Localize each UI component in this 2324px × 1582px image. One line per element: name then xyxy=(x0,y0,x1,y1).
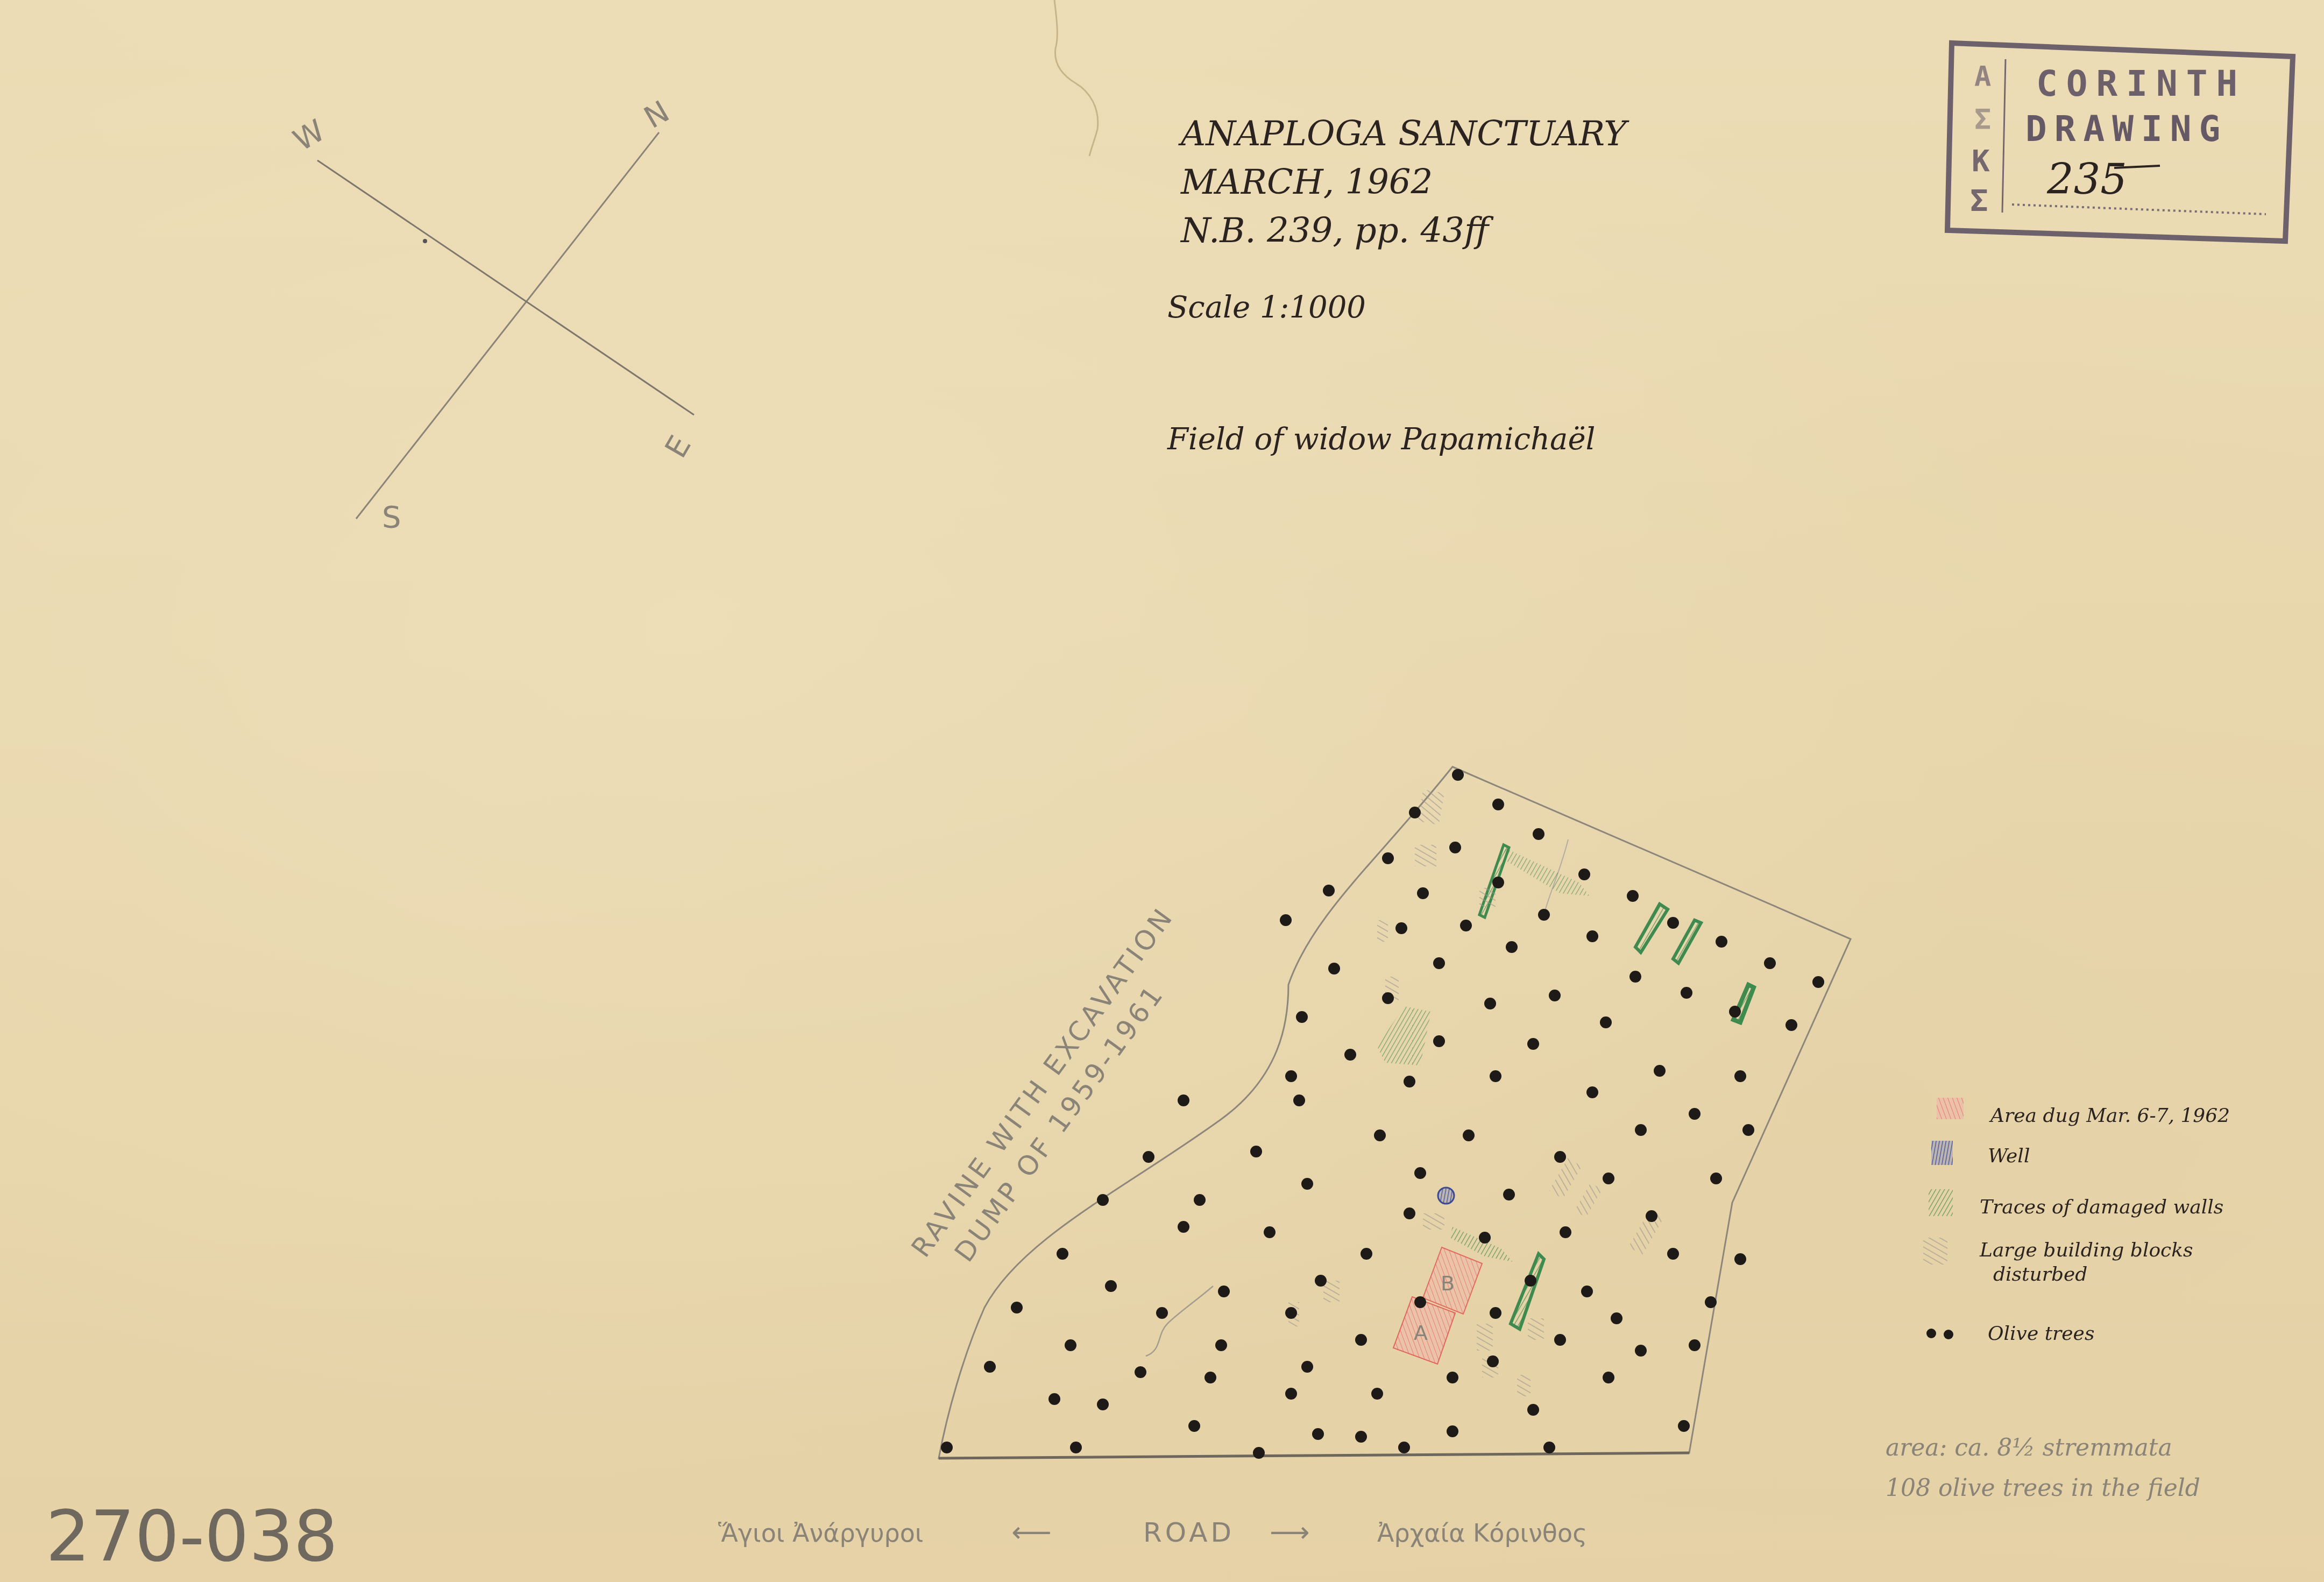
olive-tree-dot xyxy=(1578,868,1590,880)
olive-tree-dot xyxy=(1603,1173,1614,1184)
olive-tree-dot xyxy=(1065,1339,1076,1351)
olive-tree-dot xyxy=(1503,1189,1515,1200)
olive-tree-dot xyxy=(1374,1129,1386,1141)
olive-tree-dot xyxy=(1296,1011,1308,1023)
olive-tree-dot xyxy=(1627,890,1639,902)
olive-tree-dot xyxy=(1414,1167,1426,1179)
olive-tree-dot xyxy=(1586,930,1598,942)
olive-tree-dot xyxy=(1538,909,1550,921)
legend-swatch-area-dug xyxy=(1937,1098,1964,1119)
olive-tree-dot xyxy=(1447,1425,1458,1437)
compass-east-label: E xyxy=(658,430,698,464)
olive-tree-dot xyxy=(1417,887,1429,899)
olive-tree-dot xyxy=(1433,957,1445,969)
olive-tree-dot xyxy=(1323,885,1335,896)
olive-tree-dot xyxy=(1581,1286,1593,1297)
legend-swatch-tree-1 xyxy=(1926,1329,1936,1338)
olive-tree-dot xyxy=(1586,1086,1598,1098)
olive-tree-dot xyxy=(1506,941,1518,953)
olive-tree-dot xyxy=(1328,963,1340,974)
compass-north-south-axis xyxy=(356,132,659,519)
stamp-line-corinth: CORINTH xyxy=(2036,63,2246,104)
stamp-side-letter-3: Κ xyxy=(1972,144,1990,179)
olive-tree-dot xyxy=(1490,1070,1501,1082)
road-label-center: ROAD xyxy=(1143,1517,1235,1548)
olive-tree-dot xyxy=(1404,1207,1415,1219)
excavated-area: B A xyxy=(1393,1247,1482,1364)
olive-tree-dot xyxy=(1543,1442,1555,1453)
ravine-label-line2: DUMP OF 1959-1961 xyxy=(948,978,1171,1268)
legend-swatch-walls xyxy=(1929,1189,1953,1216)
compass-west-east-axis xyxy=(317,160,694,415)
olive-tree-dot xyxy=(1527,1404,1539,1416)
stamp-side-letter-1: Α xyxy=(1974,61,1991,93)
stamp-drawing-number: 235 xyxy=(2046,156,2127,204)
olive-tree-dot xyxy=(1667,1248,1679,1260)
stamp-line-drawing: DRAWING xyxy=(2025,108,2228,150)
olive-tree-dot xyxy=(1395,922,1407,934)
olive-tree-dot xyxy=(1371,1388,1383,1400)
olive-tree-dot xyxy=(1812,976,1824,988)
legend-label-walls: Traces of damaged walls xyxy=(1980,1196,2223,1218)
olive-tree-dot xyxy=(1178,1094,1189,1106)
olive-tree-dot xyxy=(1689,1339,1701,1351)
title-date: MARCH, 1962 xyxy=(1180,163,1433,202)
olive-tree-dot xyxy=(1479,1232,1491,1244)
well-marker xyxy=(1438,1188,1454,1204)
road-edge xyxy=(939,1453,1689,1458)
olive-tree-dot xyxy=(1355,1334,1367,1346)
olive-tree-dot xyxy=(1681,987,1692,999)
olive-tree-dot xyxy=(1264,1226,1276,1238)
olive-tree-dot xyxy=(984,1361,996,1373)
olive-tree-dot xyxy=(1285,1070,1297,1082)
inner-stream-line xyxy=(1146,1286,1213,1356)
olive-tree-dot xyxy=(1315,1275,1327,1287)
building-blocks xyxy=(1288,789,1664,1396)
olive-tree-dot xyxy=(1215,1339,1227,1351)
olive-tree-dot xyxy=(1382,852,1394,864)
legend-swatch-tree-2 xyxy=(1944,1330,1953,1339)
ravine-label: RAVINE WITH EXCAVATION DUMP OF 1959-1961 xyxy=(905,901,1210,1285)
olive-tree-dot xyxy=(1204,1372,1216,1383)
road-label-left-arrow: ⟵ xyxy=(1011,1516,1052,1549)
olive-tree-dot xyxy=(1560,1226,1571,1238)
olive-tree-dot xyxy=(1218,1286,1230,1297)
title-scale: Scale 1:1000 xyxy=(1167,290,1366,325)
olive-tree-dot xyxy=(1705,1296,1717,1308)
olive-tree-dot xyxy=(1667,917,1679,929)
compass-south-label: S xyxy=(382,500,401,535)
olive-tree-dot xyxy=(1463,1129,1475,1141)
compass-center xyxy=(423,239,427,243)
olive-tree-dot xyxy=(1460,920,1472,931)
olive-tree-dot xyxy=(1097,1399,1109,1410)
olive-tree-dot xyxy=(1344,1049,1356,1061)
olive-tree-dot xyxy=(1734,1070,1746,1082)
olive-tree-dot xyxy=(1635,1345,1647,1357)
compass-rose: N W E S xyxy=(288,94,698,535)
olive-tree-dot xyxy=(1611,1312,1622,1324)
olive-tree-dot xyxy=(1678,1420,1690,1432)
olive-tree-dot xyxy=(1433,1035,1445,1047)
olive-tree-dot xyxy=(1404,1076,1415,1087)
olive-tree-dot xyxy=(1646,1210,1657,1222)
olive-tree-dot xyxy=(1280,914,1292,926)
olive-tree-dot xyxy=(1716,936,1727,948)
olive-tree-dot xyxy=(1048,1393,1060,1405)
olive-tree-dot xyxy=(1484,998,1496,1009)
site-plan: N W E S ANAPLOGA SANCTUARY MARCH, 1962 N… xyxy=(0,0,2324,1582)
olive-tree-dot xyxy=(1414,1296,1426,1308)
olive-tree-dot xyxy=(1156,1307,1168,1319)
olive-tree-dot xyxy=(1143,1151,1154,1163)
olive-tree-dot xyxy=(1452,769,1464,781)
olive-tree-dot xyxy=(1533,828,1544,840)
title-field-owner: Field of widow Papamichaël xyxy=(1167,422,1596,457)
compass-north-label: N xyxy=(639,94,676,136)
olive-tree-dot xyxy=(1253,1447,1265,1459)
olive-tree-dot xyxy=(1135,1366,1146,1378)
olive-tree-dot xyxy=(1178,1221,1189,1233)
legend-label-blocks-line2: disturbed xyxy=(1993,1263,2087,1286)
title-notebook-ref: N.B. 239, pp. 43ff xyxy=(1180,211,1494,251)
olive-tree-dot xyxy=(1285,1388,1297,1400)
olive-tree-dot xyxy=(1312,1428,1324,1440)
olive-tree-dot xyxy=(1449,842,1461,853)
olive-tree-dot xyxy=(1487,1355,1499,1367)
excavated-square-b-label: B xyxy=(1441,1272,1455,1295)
olive-tree-dot xyxy=(1492,877,1504,888)
olive-tree-dot xyxy=(1293,1094,1305,1106)
olive-tree-dot xyxy=(1764,957,1776,969)
olive-tree-dot xyxy=(1382,992,1394,1004)
olive-tree-dot xyxy=(1629,971,1641,983)
olive-tree-dot xyxy=(1188,1420,1200,1432)
olive-tree-dot xyxy=(1710,1173,1722,1184)
legend-label-well: Well xyxy=(1988,1145,2030,1167)
olive-tree-dot xyxy=(1361,1248,1372,1260)
olive-tree-dot xyxy=(1355,1431,1367,1443)
olive-tree-dot xyxy=(1011,1302,1023,1313)
olive-tree-dot xyxy=(1549,990,1561,1001)
olive-tree-dot xyxy=(1785,1019,1797,1031)
title-block: ANAPLOGA SANCTUARY MARCH, 1962 N.B. 239,… xyxy=(1167,114,1629,457)
road-label-right-arrow: ⟶ xyxy=(1270,1516,1310,1549)
catalog-number: 270-038 xyxy=(46,1495,338,1577)
ravine-label-line1: RAVINE WITH EXCAVATION xyxy=(905,901,1180,1263)
compass-west-label: W xyxy=(288,113,331,158)
olive-tree-dot xyxy=(1654,1065,1666,1077)
olive-tree-dot xyxy=(1409,807,1421,818)
wall-traces xyxy=(1377,845,1754,1329)
olive-tree-dot xyxy=(1301,1361,1313,1373)
olive-tree-dot xyxy=(1057,1248,1068,1260)
title-site-name: ANAPLOGA SANCTUARY xyxy=(1178,114,1629,154)
olive-tree-dot xyxy=(1554,1151,1566,1163)
olive-tree-dot xyxy=(1492,799,1504,810)
legend-label-olive-trees: Olive trees xyxy=(1988,1323,2094,1345)
stamp-side-letter-4: Σ xyxy=(1970,183,1988,218)
olive-tree-dot xyxy=(1250,1146,1262,1157)
legend-label-blocks: Large building blocks xyxy=(1979,1239,2193,1261)
olive-tree-dot xyxy=(1301,1178,1313,1190)
olive-tree-dot xyxy=(1554,1334,1566,1346)
note-area: area: ca. 8½ stremmata xyxy=(1886,1434,2172,1461)
olive-tree-dot xyxy=(1635,1124,1647,1136)
stamp-side-letter-2: Σ xyxy=(1974,104,1991,136)
olive-tree-dot xyxy=(1689,1108,1701,1120)
olive-tree-dot xyxy=(1527,1038,1539,1050)
olive-tree-dot xyxy=(1398,1442,1410,1453)
road-label-left-destination: Ἅγιοι Ἀνάργυροι xyxy=(718,1519,923,1548)
olive-tree-dot xyxy=(1285,1307,1297,1319)
excavated-square-a-label: A xyxy=(1414,1321,1428,1345)
legend: Area dug Mar. 6-7, 1962 Well Traces of d… xyxy=(1923,1098,2230,1345)
field-notes: area: ca. 8½ stremmata 108 olive trees i… xyxy=(1886,1434,2200,1502)
olive-tree-dot xyxy=(1742,1124,1754,1136)
olive-tree-dot xyxy=(1097,1194,1109,1206)
olive-tree-dot xyxy=(1490,1307,1501,1319)
olive-tree-dot xyxy=(1447,1372,1458,1383)
olive-tree-dot xyxy=(1734,1253,1746,1265)
olive-tree-dot xyxy=(1070,1442,1082,1453)
olive-tree-dot xyxy=(1603,1372,1614,1383)
olive-tree-dot xyxy=(1729,1006,1741,1018)
olive-tree-dot xyxy=(1525,1275,1536,1287)
road-label: Ἅγιοι Ἀνάργυροι ⟵ ROAD ⟶ Ἀρχαία Κόρινθος xyxy=(718,1516,1587,1549)
paper-crack xyxy=(1054,0,1098,156)
legend-label-area-dug: Area dug Mar. 6-7, 1962 xyxy=(1989,1105,2230,1127)
olive-tree-dot xyxy=(1194,1194,1206,1206)
olive-tree-dot xyxy=(1105,1280,1117,1292)
legend-swatch-blocks xyxy=(1923,1238,1947,1265)
note-tree-count: 108 olive trees in the field xyxy=(1886,1474,2200,1502)
olive-tree-dot xyxy=(1600,1016,1612,1028)
road-label-right-destination: Ἀρχαία Κόρινθος xyxy=(1377,1519,1587,1548)
olive-tree-dot xyxy=(941,1442,953,1453)
corinth-drawing-stamp: Α Σ Κ Σ CORINTH DRAWING 235 xyxy=(1947,43,2293,241)
legend-swatch-well xyxy=(1931,1141,1953,1165)
